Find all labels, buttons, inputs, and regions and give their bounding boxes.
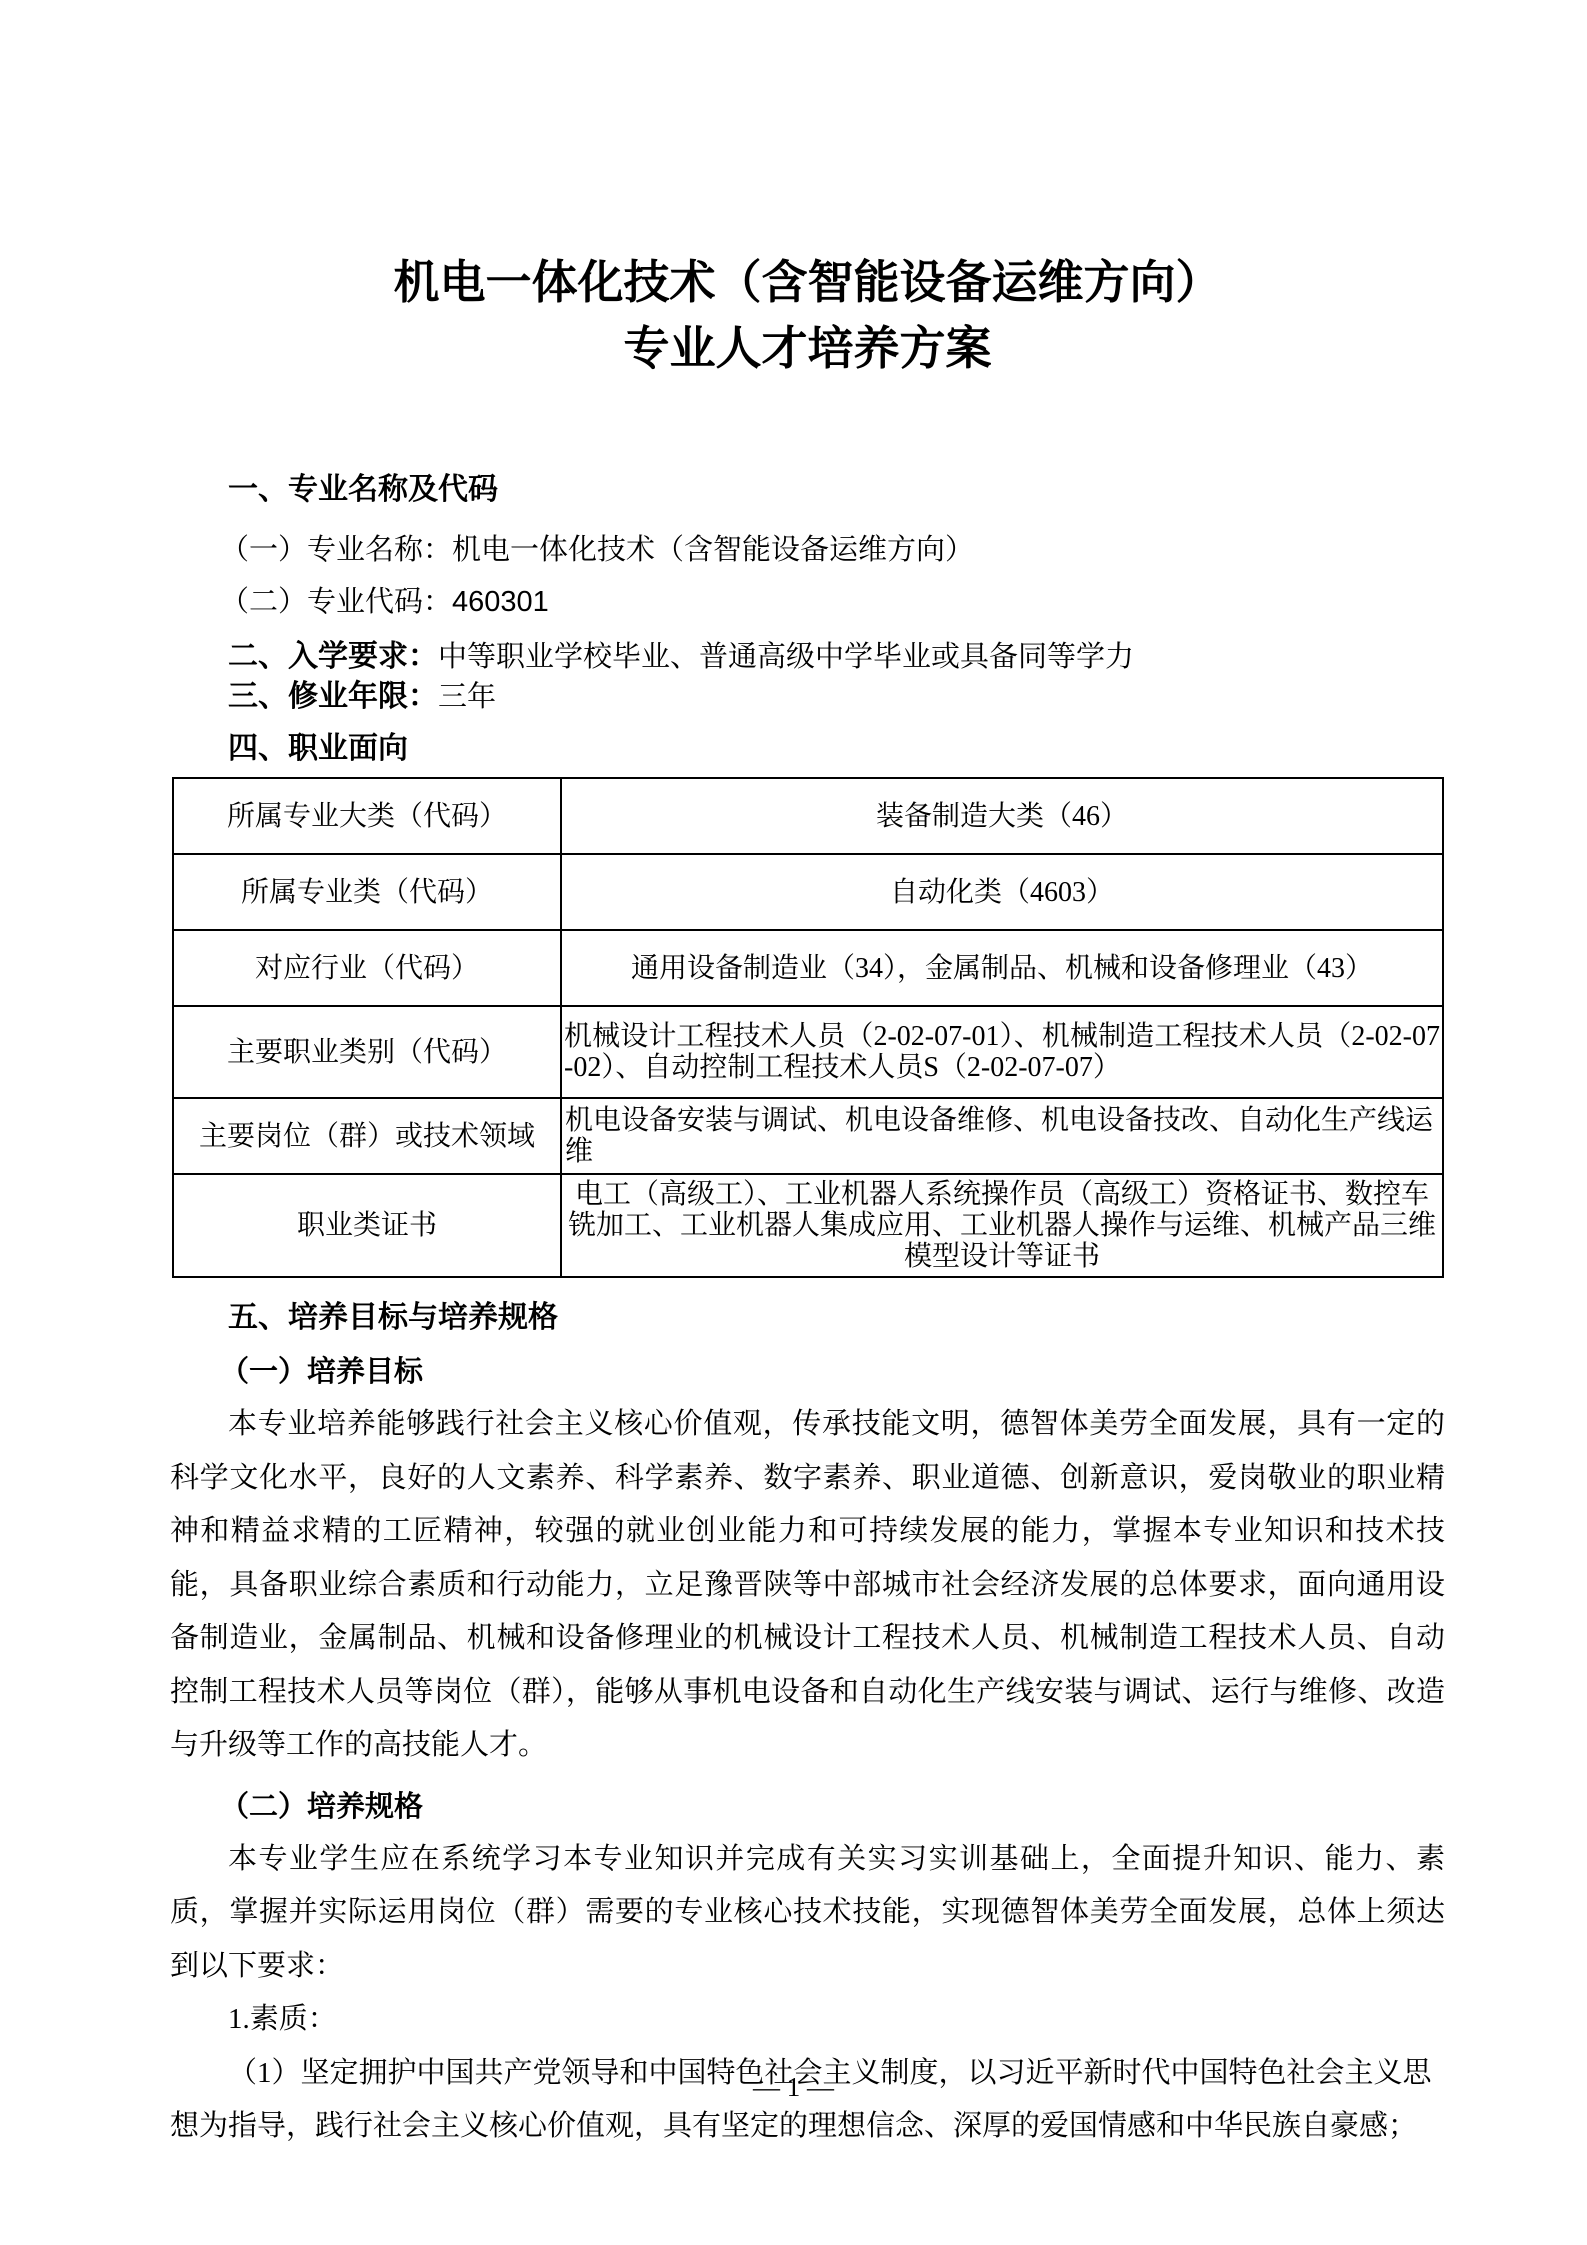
entry-requirement-label: 二、入学要求： [228,640,438,673]
document-title-line1: 机电一体化技术（含智能设备运维方向） [170,250,1445,316]
study-duration-text: 三年 [438,681,496,713]
document-title-line2: 专业人才培养方案 [170,316,1445,382]
page-number: — 1 — [0,2072,1587,2103]
document-title: 机电一体化技术（含智能设备运维方向） 专业人才培养方案 [170,0,1445,382]
table-row: 所属专业大类（代码） 装备制造大类（46） [173,778,1443,854]
training-objective-paragraph: 本专业培养能够践行社会主义核心价值观，传承技能文明，德智体美劳全面发展，具有一定… [170,1398,1445,1773]
entry-requirement-line: 二、入学要求：中等职业学校毕业、普通高级中学毕业或具备同等学力 [170,637,1445,677]
table-row: 主要岗位（群）或技术领域 机电设备安装与调试、机电设备维修、机电设备技改、自动化… [173,1098,1443,1174]
major-code-line: （二）专业代码：460301 [170,582,1445,622]
row-value: 自动化类（4603） [561,854,1443,930]
training-objective-heading: （一）培养目标 [170,1352,1445,1392]
table-row: 所属专业类（代码） 自动化类（4603） [173,854,1443,930]
row-value: 机电设备安装与调试、机电设备维修、机电设备技改、自动化生产线运维 [561,1098,1443,1174]
row-value: 通用设备制造业（34），金属制品、机械和设备修理业（43） [561,930,1443,1006]
document-content: 机电一体化技术（含智能设备运维方向） 专业人才培养方案 一、专业名称及代码 （一… [170,0,1445,2154]
study-duration-line: 三、修业年限：三年 [170,677,1445,717]
section-5-heading: 五、培养目标与培养规格 [170,1298,1445,1338]
major-name-line: （一）专业名称：机电一体化技术（含智能设备运维方向） [170,530,1445,570]
major-code-value: 460301 [452,586,549,618]
entry-requirement-text: 中等职业学校毕业、普通高级中学毕业或具备同等学力 [438,641,1134,673]
study-duration-label: 三、修业年限： [228,680,438,713]
table-row: 对应行业（代码） 通用设备制造业（34），金属制品、机械和设备修理业（43） [173,930,1443,1006]
career-orientation-table: 所属专业大类（代码） 装备制造大类（46） 所属专业类（代码） 自动化类（460… [172,777,1444,1278]
row-label: 主要岗位（群）或技术领域 [173,1098,561,1174]
row-label: 主要职业类别（代码） [173,1006,561,1098]
row-label: 职业类证书 [173,1174,561,1277]
row-value: 电工（高级工）、工业机器人系统操作员（高级工）资格证书、数控车铣加工、工业机器人… [561,1174,1443,1277]
major-code-label: （二）专业代码： [220,586,452,618]
document-page: 机电一体化技术（含智能设备运维方向） 专业人才培养方案 一、专业名称及代码 （一… [0,0,1587,2245]
row-label: 对应行业（代码） [173,930,561,1006]
training-specification-heading: （二）培养规格 [170,1787,1445,1827]
section-1-heading: 一、专业名称及代码 [170,470,1445,510]
row-value: 装备制造大类（46） [561,778,1443,854]
quality-label: 1.素质： [170,1993,1445,2047]
row-label: 所属专业大类（代码） [173,778,561,854]
row-label: 所属专业类（代码） [173,854,561,930]
table-row: 主要职业类别（代码） 机械设计工程技术人员（2-02-07-01）、机械制造工程… [173,1006,1443,1098]
row-value: 机械设计工程技术人员（2-02-07-01）、机械制造工程技术人员（2-02-0… [561,1006,1443,1098]
training-specification-paragraph: 本专业学生应在系统学习本专业知识并完成有关实习实训基础上，全面提升知识、能力、素… [170,1833,1445,1994]
section-4-heading: 四、职业面向 [170,729,1445,769]
table-row: 职业类证书 电工（高级工）、工业机器人系统操作员（高级工）资格证书、数控车铣加工… [173,1174,1443,1277]
